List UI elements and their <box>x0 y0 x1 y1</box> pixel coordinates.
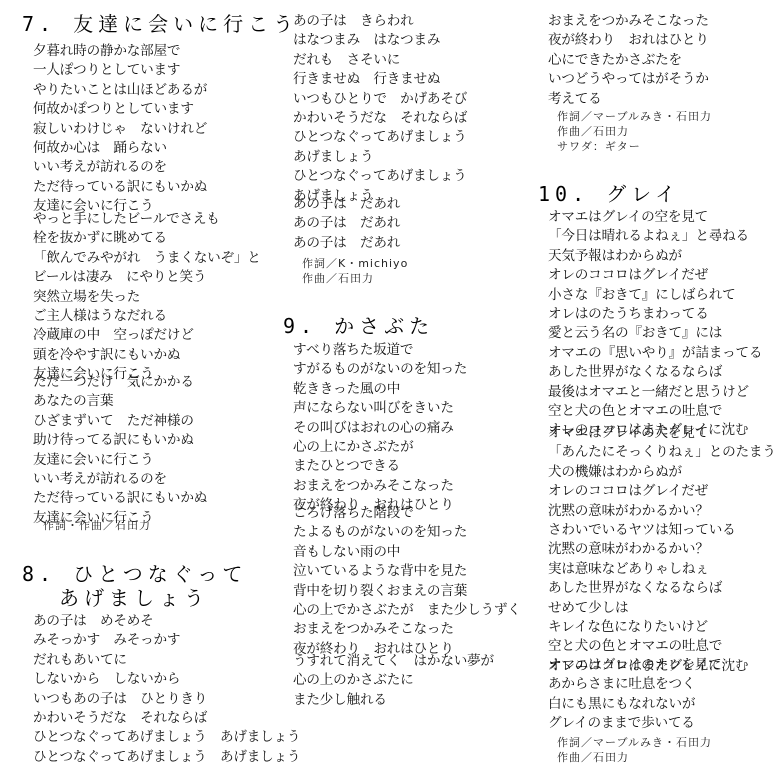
lyric-line: ただ一つだけ 気にかかる <box>33 373 207 392</box>
lyric-line: だれもあいてに <box>33 651 300 670</box>
lyric-line: 最後はオマエと一緒だと思うけど <box>548 383 762 402</box>
lyric-line: あの子は きらわれ <box>293 12 467 31</box>
lyric-line: 愛と云う名の『おきて』には <box>548 324 762 343</box>
lyric-line: いつもあの子は ひとりきり <box>33 690 300 709</box>
lyric-line: オマエの『思いやり』が詰まってる <box>548 344 762 363</box>
lyric-line: ただ待っている訳にもいかぬ <box>33 489 207 508</box>
lyric-line: ころげ落ちた階段で <box>293 504 521 523</box>
lyric-line: 突然立場を失った <box>33 288 261 307</box>
lyric-line: うすれて消えてく はかない夢が <box>293 652 494 671</box>
lyric-line: 寂しいわけじゃ ないけれど <box>33 120 207 139</box>
lyric-line: 犬の機嫌はわからぬが <box>548 463 776 482</box>
lyric-line: いい考えが訪れるのを <box>33 158 207 177</box>
lyric-line: すがるものがないのを知った <box>293 360 467 379</box>
lyric-line: 夜が終わり おれはひとり <box>548 31 709 50</box>
lyric-line: あの子は だあれ <box>293 195 400 214</box>
lyric-line: ビールは凄み にやりと笑う <box>33 268 261 287</box>
lyric-line: ひとつなぐってあげましょう あげましょう <box>33 748 300 767</box>
lyric-line: さわいでいるヤツは知っている <box>548 521 776 540</box>
lyric-line: 栓を抜かずに眺めてる <box>33 229 261 248</box>
song-9-stanza-3: うすれて消えてく はかない夢が 心の上のかさぶたに また少し触れる <box>293 652 494 710</box>
lyric-line: たよるものがないのを知った <box>293 523 521 542</box>
lyric-line: しないから しないから <box>33 670 300 689</box>
lyric-line: 天気予報はわからぬが <box>548 247 762 266</box>
lyric-line: その叫びはおれの心の痛み <box>293 419 467 438</box>
lyric-line: 心の上でかさぶたが また少しうずく <box>293 601 521 620</box>
lyric-line: だれも さそいに <box>293 51 467 70</box>
lyric-line: オマエはグレイの犬を見て <box>548 424 776 443</box>
lyric-line: グレイのままで歩いてる <box>548 714 721 733</box>
song-10-title: 10. グレイ <box>538 182 680 206</box>
song-10-stanza-3: オマエはグレイのオレを見て あからさまに吐息をつく 白にも黒にもなれないが グレ… <box>548 656 721 734</box>
lyric-line: ひざまずいて ただ神様の <box>33 412 207 431</box>
lyric-line: あの子は めそめそ <box>33 612 300 631</box>
credit-line: 作詞・作曲／石田力 <box>43 518 151 533</box>
lyric-line: ただ待っている訳にもいかぬ <box>33 178 207 197</box>
lyric-line: またひとつできる <box>293 457 467 476</box>
lyric-line: 考えてる <box>548 90 709 109</box>
lyric-line: ひとつなぐってあげましょう あげましょう <box>33 728 300 747</box>
lyric-line: 「今日は晴れるよねぇ」と尋ねる <box>548 227 762 246</box>
song-9-stanza-2: ころげ落ちた階段で たよるものがないのを知った 音もしない雨の中 泣いているよう… <box>293 504 521 659</box>
lyric-line: いつもひとりで かげあそび <box>293 90 467 109</box>
lyric-line: あげましょう <box>293 148 467 167</box>
song-7-credits: 作詞・作曲／石田力 <box>43 518 151 533</box>
song-8-stanza-1: あの子は めそめそ みそっかす みそっかす だれもあいてに しないから しないか… <box>33 612 300 767</box>
lyric-line: 「あんたにそっくりねぇ」とのたまう <box>548 443 776 462</box>
lyric-line: 背中を切り裂くおまえの言葉 <box>293 582 521 601</box>
lyric-line: やっと手にしたビールでさえも <box>33 210 261 229</box>
credit-line: 作詞／マーブルみき・石田力 <box>557 109 712 124</box>
lyric-line: おまえをつかみそこなった <box>548 12 709 31</box>
song-7-stanza-1: 夕暮れ時の静かな部屋で 一人ぽつりとしています やりたいことは山ほどあるが 何故… <box>33 42 207 217</box>
lyric-line: 実は意味などありゃしねぇ <box>548 560 776 579</box>
credit-line: 作曲／石田力 <box>302 271 408 286</box>
song-9-title: 9. かさぶた <box>283 314 434 338</box>
song-7-title: 7. 友達に会いに行こう <box>22 12 298 36</box>
lyric-line: 友達に会いに行こう <box>33 451 207 470</box>
credit-line: 作曲／石田力 <box>557 124 712 139</box>
lyric-line: また少し触れる <box>293 691 494 710</box>
lyric-line: すべり落ちた坂道で <box>293 341 467 360</box>
lyric-line: 冷蔵庫の中 空っぽだけど <box>33 326 261 345</box>
lyric-line: 乾ききった風の中 <box>293 380 467 399</box>
lyric-line: 空と犬の色とオマエの吐息で <box>548 637 776 656</box>
lyric-line: 沈黙の意味がわかるかい？ <box>548 540 776 559</box>
credit-line: 作曲／石田力 <box>557 750 712 765</box>
lyric-line: 心の上にかさぶたが <box>293 438 467 457</box>
song-10-credits: 作詞／マーブルみき・石田力 作曲／石田力 <box>557 735 712 765</box>
song-9-credits: 作詞／マーブルみき・石田力 作曲／石田力 サワダ：ギター <box>557 109 712 154</box>
lyric-line: キレイな色になりたいけど <box>548 618 776 637</box>
lyric-line: あした世界がなくなるならば <box>548 363 762 382</box>
song-8-title: 8. ひとつなぐって あげましょう <box>22 562 247 610</box>
lyric-line: みそっかす みそっかす <box>33 631 300 650</box>
lyric-line: やりたいことは山ほどあるが <box>33 81 207 100</box>
song-8-title-line-1: 8. ひとつなぐって <box>22 562 247 586</box>
lyric-line: オマエはグレイの空を見て <box>548 208 762 227</box>
song-7-stanza-2: やっと手にしたビールでさえも 栓を抜かずに眺めてる 「飲んでみやがれ うまくない… <box>33 210 261 385</box>
lyric-line: ひとつなぐってあげましょう <box>293 128 467 147</box>
song-8-credits: 作詞／K・michiyo 作曲／石田力 <box>302 256 408 286</box>
lyric-line: 白にも黒にもなれないが <box>548 695 721 714</box>
song-8-stanza-2: あの子は きらわれ はなつまみ はなつまみ だれも さそいに 行きませぬ 行きま… <box>293 12 467 206</box>
song-8-title-line-2: あげましょう <box>22 586 247 610</box>
lyric-line: 心の上のかさぶたに <box>293 671 494 690</box>
lyric-line: オレはのたうちまわってる <box>548 305 762 324</box>
lyric-line: 空と犬の色とオマエの吐息で <box>548 402 762 421</box>
song-10-stanza-2: オマエはグレイの犬を見て 「あんたにそっくりねぇ」とのたまう 犬の機嫌はわからぬ… <box>548 424 776 676</box>
lyric-line: あからさまに吐息をつく <box>548 675 721 694</box>
lyric-line: 音もしない雨の中 <box>293 543 521 562</box>
lyric-line: 頭を冷やす訳にもいかぬ <box>33 346 261 365</box>
lyric-line: オレのココロはグレイだぜ <box>548 266 762 285</box>
lyric-line: いい考えが訪れるのを <box>33 470 207 489</box>
lyric-line: おまえをつかみそこなった <box>293 477 467 496</box>
lyric-line: 助け待ってる訳にもいかぬ <box>33 431 207 450</box>
credit-line: 作詞／マーブルみき・石田力 <box>557 735 712 750</box>
lyric-line: いつどうやってはがそうか <box>548 70 709 89</box>
lyric-line: あなたの言葉 <box>33 392 207 411</box>
lyric-line: あした世界がなくなるならば <box>548 579 776 598</box>
lyric-line: 小さな『おきて』にしばられて <box>548 286 762 305</box>
lyric-line: 何故か心は 踊らない <box>33 139 207 158</box>
credit-line: サワダ：ギター <box>557 139 712 154</box>
song-10-stanza-1: オマエはグレイの空を見て 「今日は晴れるよねぇ」と尋ねる 天気予報はわからぬが … <box>548 208 762 441</box>
lyric-line: 一人ぽつりとしています <box>33 61 207 80</box>
lyric-line: 「飲んでみやがれ うまくないぞ」と <box>33 249 261 268</box>
lyric-line: はなつまみ はなつまみ <box>293 31 467 50</box>
lyric-line: 心にできたかさぶたを <box>548 51 709 70</box>
lyric-line: あの子は だあれ <box>293 234 400 253</box>
lyric-line: ひとつなぐってあげましょう <box>293 167 467 186</box>
credit-line: 作詞／K・michiyo <box>302 256 408 271</box>
lyric-line: 声にならない叫びをきいた <box>293 399 467 418</box>
lyric-line: ご主人様はうなだれる <box>33 307 261 326</box>
lyric-line: 何故かぽつりとしています <box>33 100 207 119</box>
lyric-line: 行きませぬ 行きませぬ <box>293 70 467 89</box>
lyric-line: 沈黙の意味がわかるかい？ <box>548 502 776 521</box>
lyric-line: あの子は だあれ <box>293 214 400 233</box>
lyric-line: オマエはグレイのオレを見て <box>548 656 721 675</box>
lyric-line: 泣いているような背中を見た <box>293 562 521 581</box>
song-8-stanza-3: あの子は だあれ あの子は だあれ あの子は だあれ <box>293 195 400 253</box>
song-7-stanza-3: ただ一つだけ 気にかかる あなたの言葉 ひざまずいて ただ神様の 助け待ってる訳… <box>33 373 207 528</box>
lyric-line: かわいそうだな それならば <box>33 709 300 728</box>
song-9-stanza-4: おまえをつかみそこなった 夜が終わり おれはひとり 心にできたかさぶたを いつど… <box>548 12 709 109</box>
lyric-line: 夕暮れ時の静かな部屋で <box>33 42 207 61</box>
lyric-line: オレのココロはグレイだぜ <box>548 482 776 501</box>
lyric-line: せめて少しは <box>548 599 776 618</box>
lyric-line: かわいそうだな それならば <box>293 109 467 128</box>
lyric-line: おまえをつかみそこなった <box>293 620 521 639</box>
song-9-stanza-1: すべり落ちた坂道で すがるものがないのを知った 乾ききった風の中 声にならない叫… <box>293 341 467 516</box>
